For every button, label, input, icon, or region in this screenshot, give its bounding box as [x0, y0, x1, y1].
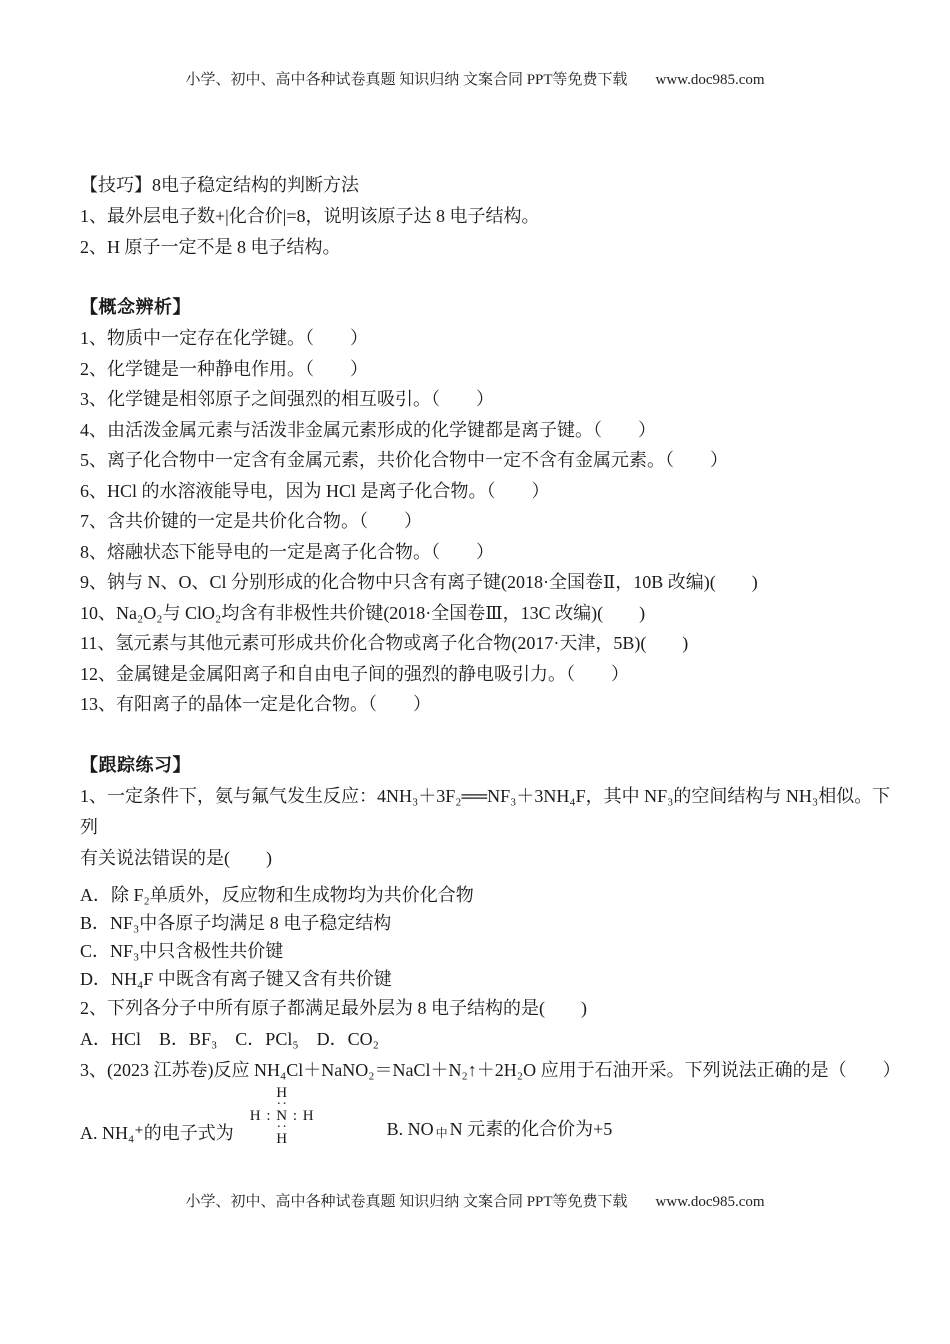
question-stem: 2、下列各分子中所有原子都满足最外层为 8 电子结构的是( ) — [80, 993, 898, 1024]
tip-item: 1、最外层电子数+|化合价|=8，说明该原子达 8 电子结构。 — [80, 201, 898, 232]
option-b-suffix: N 元素的化合价为+5 — [450, 1119, 613, 1139]
concept-item: 1、物质中一定存在化学键。（ ） — [80, 323, 898, 354]
header-promo-text: 小学、初中、高中各种试卷真题 知识归纳 文案合同 PPT等免费下载 — [185, 72, 627, 88]
tip-item: 2、H 原子一定不是 8 电子结构。 — [80, 232, 898, 263]
footer-promo-text: 小学、初中、高中各种试卷真题 知识归纳 文案合同 PPT等免费下载 — [185, 1194, 627, 1210]
page-footer: 小学、初中、高中各种试卷真题 知识归纳 文案合同 PPT等免费下载www.doc… — [0, 1190, 950, 1211]
option-b-small-char: 中 — [436, 1126, 448, 1140]
question-stem-line: 1、一定条件下，氨与氟气发生反应：4NH₃＋3F₂══NF₃＋3NH₄F，其中 … — [80, 781, 898, 843]
option-b-prefix: B. NO — [387, 1119, 434, 1139]
option-a-prefix: A. NH₄⁺的电子式为 — [80, 1118, 234, 1149]
practice-section-title: 【跟踪练习】 — [80, 750, 898, 781]
section-tips: 【技巧】8电子稳定结构的判断方法 1、最外层电子数+|化合价|=8，说明该原子达… — [80, 170, 898, 263]
option-item: D．NH₄F 中既含有离子键又含有共价键 — [80, 965, 898, 993]
concepts-section-title: 【概念辨析】 — [80, 292, 898, 323]
question-3-options-row: A. NH₄⁺的电子式为 H ·· H : N : H ·· H B. NO中N… — [80, 1086, 898, 1149]
concept-item: 13、有阳离子的晶体一定是化合物。（ ） — [80, 689, 898, 720]
option-item: C．NF₃中只含极性共价键 — [80, 937, 898, 965]
concept-item: 9、钠与 N、O、Cl 分别形成的化合物中只含有离子键(2018·全国卷Ⅱ，10… — [80, 567, 898, 598]
option-item: B．NF₃中各原子均满足 8 电子稳定结构 — [80, 909, 898, 937]
concept-item: 10、Na₂O₂与 ClO₂均含有非极性共价键(2018·全国卷Ⅲ，13C 改编… — [80, 598, 898, 629]
concept-item: 4、由活泼金属元素与活泼非金属元素形成的化学键都是离子键。（ ） — [80, 415, 898, 446]
concept-item: 8、熔融状态下能导电的一定是离子化合物。（ ） — [80, 537, 898, 568]
practice-question-3: 3、(2023 江苏卷)反应 NH₄Cl＋NaNO₂＝NaCl＋N₂↑＋2H₂O… — [80, 1055, 898, 1149]
document-page: 小学、初中、高中各种试卷真题 知识归纳 文案合同 PPT等免费下载www.doc… — [0, 0, 950, 1344]
concept-item: 12、金属键是金属阳离子和自由电子间的强烈的静电吸引力。（ ） — [80, 659, 898, 690]
footer-site-url: www.doc985.com — [656, 1194, 765, 1210]
page-header: 小学、初中、高中各种试卷真题 知识归纳 文案合同 PPT等免费下载www.doc… — [0, 68, 950, 89]
option-b-text: B. NO中N 元素的化合价为+5 — [387, 1114, 613, 1149]
lewis-line: H — [250, 1132, 315, 1147]
concept-item: 2、化学键是一种静电作用。（ ） — [80, 354, 898, 385]
practice-question-2: 2、下列各分子中所有原子都满足最外层为 8 电子结构的是( ) A．HCl B．… — [80, 993, 898, 1055]
document-content: 【技巧】8电子稳定结构的判断方法 1、最外层电子数+|化合价|=8，说明该原子达… — [80, 170, 898, 1149]
section-practice: 【跟踪练习】 1、一定条件下，氨与氟气发生反应：4NH₃＋3F₂══NF₃＋3N… — [80, 750, 898, 1149]
header-site-url: www.doc985.com — [656, 72, 765, 88]
section-concepts: 【概念辨析】 1、物质中一定存在化学键。（ ） 2、化学键是一种静电作用。（ ）… — [80, 292, 898, 720]
lewis-structure-nh4: H ·· H : N : H ·· H — [250, 1086, 315, 1147]
concept-item: 7、含共价键的一定是共价化合物。（ ） — [80, 506, 898, 537]
question-stem-line: 有关说法错误的是( ) — [80, 843, 898, 874]
concept-item: 3、化学键是相邻原子之间强烈的相互吸引。（ ） — [80, 384, 898, 415]
concept-item: 11、氢元素与其他元素可形成共价化合物或离子化合物(2017·天津，5B)( ) — [80, 628, 898, 659]
question-2-options-line: A．HCl B．BF₃ C．PCl₅ D．CO₂ — [80, 1024, 898, 1055]
question-stem: 3、(2023 江苏卷)反应 NH₄Cl＋NaNO₂＝NaCl＋N₂↑＋2H₂O… — [80, 1055, 898, 1086]
practice-question-1: 1、一定条件下，氨与氟气发生反应：4NH₃＋3F₂══NF₃＋3NH₄F，其中 … — [80, 781, 898, 993]
option-item: A．除 F₂单质外，反应物和生成物均为共价化合物 — [80, 881, 898, 909]
tips-section-title: 【技巧】8电子稳定结构的判断方法 — [80, 170, 898, 201]
concept-item: 6、HCl 的水溶液能导电，因为 HCl 是离子化合物。（ ） — [80, 476, 898, 507]
concept-item: 5、离子化合物中一定含有金属元素，共价化合物中一定不含有金属元素。（ ） — [80, 445, 898, 476]
question-1-options: A．除 F₂单质外，反应物和生成物均为共价化合物 B．NF₃中各原子均满足 8 … — [80, 881, 898, 993]
